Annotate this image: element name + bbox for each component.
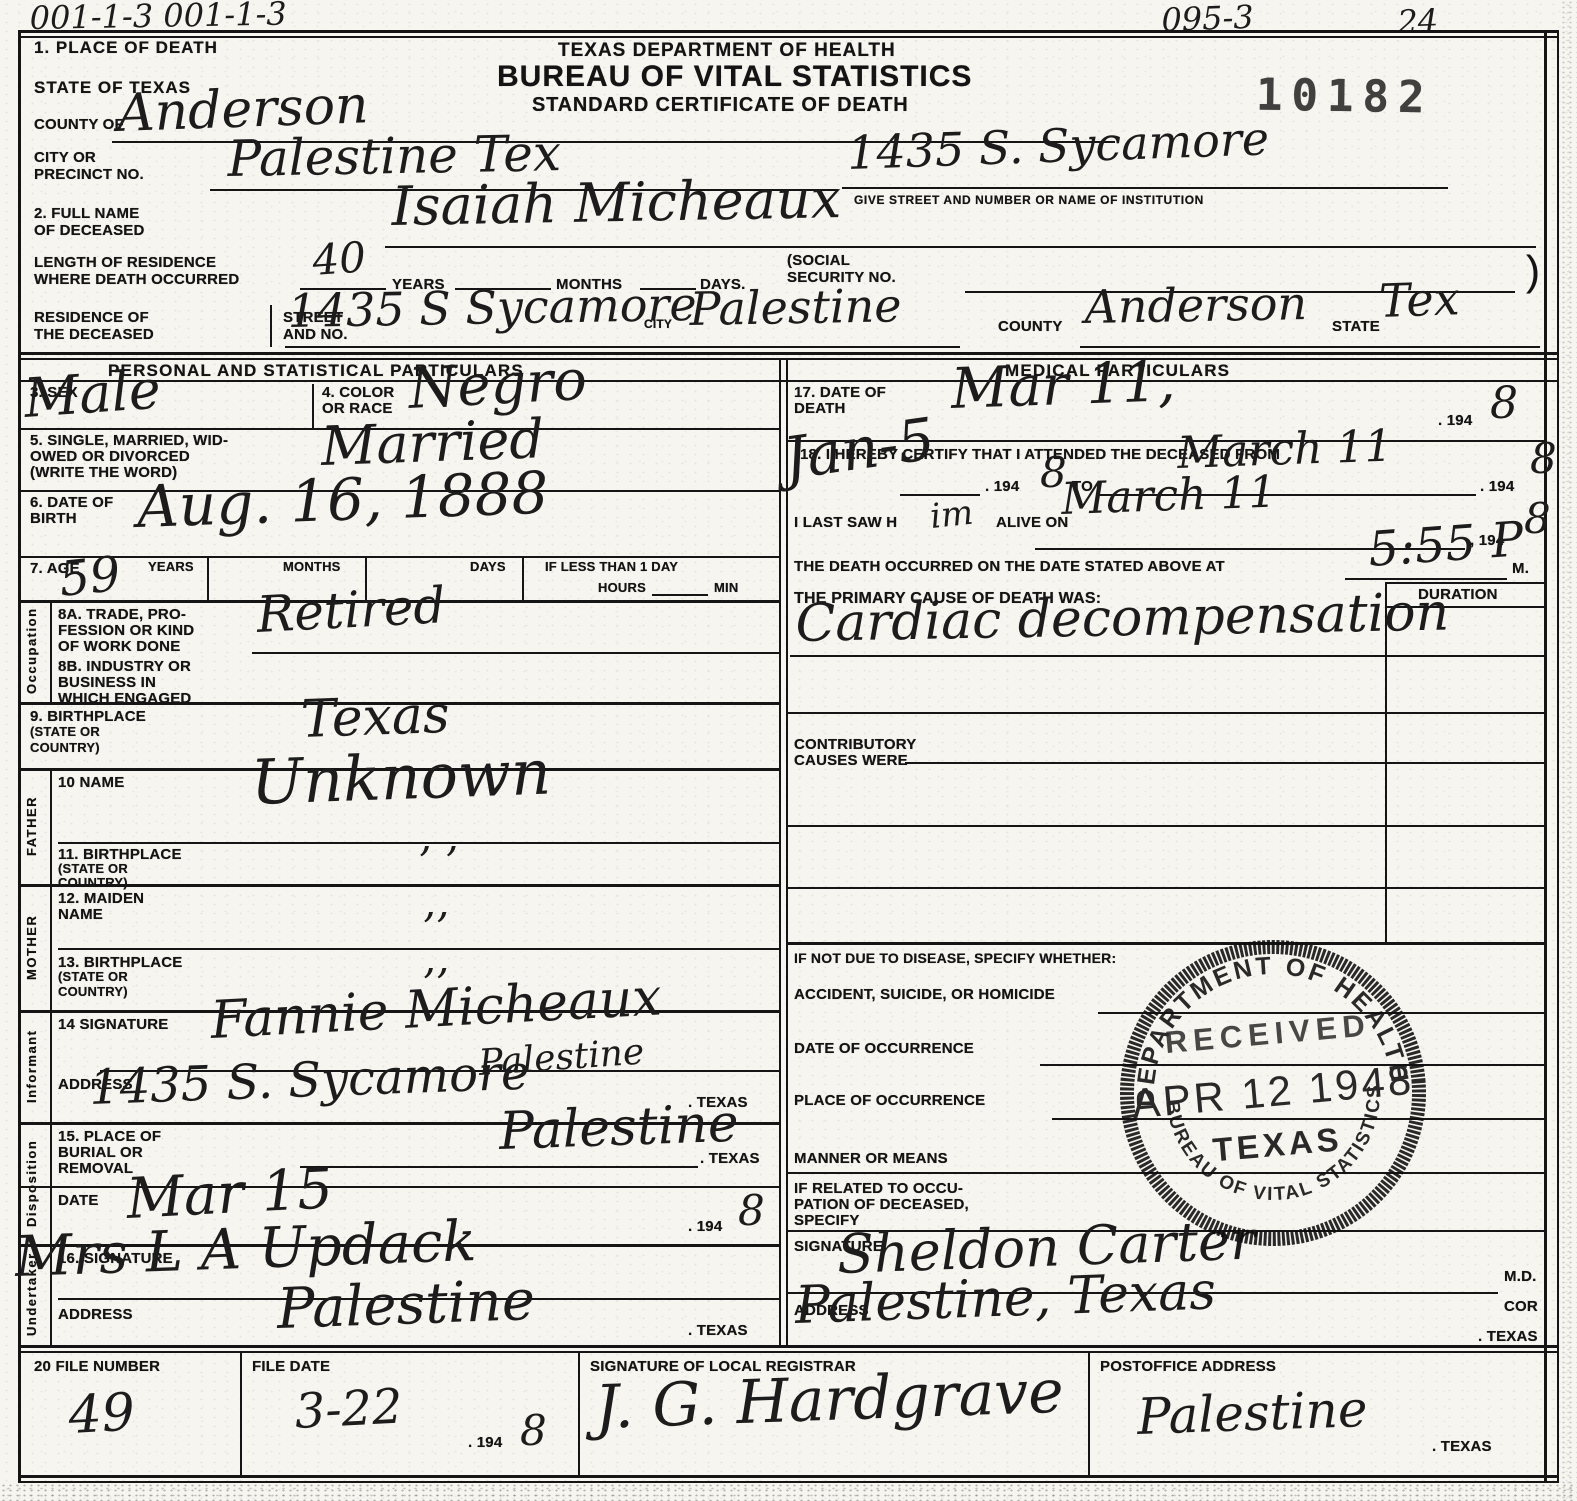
scan-noise-right-band — [1560, 0, 1577, 1501]
burial-year-label: . 194 — [688, 1218, 722, 1235]
md-label: M.D. — [1504, 1268, 1536, 1285]
trade-label-1: 8A. TRADE, PRO- — [58, 606, 186, 623]
residence-length-label-2: WHERE DEATH OCCURRED — [34, 271, 239, 288]
industry-label-1: 8B. INDUSTRY OR — [58, 658, 191, 675]
footer-div-3 — [1088, 1351, 1090, 1475]
sex-race-divider — [312, 384, 314, 428]
maiden-label-2: NAME — [58, 906, 103, 923]
trade-line — [252, 652, 779, 654]
top-left-file-mark: 001-1-3 001-1-3 — [29, 0, 287, 34]
row11-line — [18, 884, 779, 887]
death-time-value: 5:55 P — [1367, 515, 1525, 574]
address-16-label: ADDRESS — [58, 1306, 133, 1323]
city-or-label: CITY OR — [34, 149, 96, 166]
certify-year2-label: . 194 — [1480, 478, 1514, 495]
related-label-1: IF RELATED TO OCCU- — [794, 1180, 963, 1197]
precinct-no-label: PRECINCT NO. — [34, 166, 144, 183]
section-rule-3 — [18, 380, 1559, 382]
age-hours-label: HOURS — [598, 581, 646, 596]
county-small-label: COUNTY — [998, 318, 1063, 335]
duration-line-4 — [1385, 825, 1544, 827]
age-hours-line — [652, 594, 708, 596]
undertaker-address-value: Palestine — [276, 1273, 536, 1338]
header-department: TEXAS DEPARTMENT OF HEALTH — [558, 40, 896, 62]
postoffice-value: Palestine — [1136, 1384, 1368, 1442]
accident-label: ACCIDENT, SUICIDE, OR HOMICIDE — [794, 986, 1055, 1003]
age-div-3 — [522, 556, 524, 600]
marital-label-1: 5. SINGLE, MARRIED, WID- — [30, 432, 228, 449]
state-small-label: STATE — [1332, 318, 1380, 335]
occupation-side-label: Occupation — [24, 602, 39, 700]
border-right — [1544, 30, 1547, 1481]
dod-label-2: DEATH — [794, 400, 846, 417]
burial-year-value: 8 — [738, 1190, 765, 1232]
burial-place-value: Palestine — [498, 1098, 739, 1158]
physician-address-value: Palestine, Texas — [794, 1265, 1217, 1332]
section-rule-2 — [18, 358, 1559, 360]
burial-state-label: . TEXAS — [700, 1150, 760, 1167]
dob-value: Aug. 16, 1888 — [136, 464, 549, 536]
ssn-label-1: (SOCIAL — [787, 252, 850, 269]
contributory-label-1: CONTRIBUTORY — [794, 736, 916, 753]
lastsaw-label-1: I LAST SAW H — [794, 514, 897, 531]
informant-divider — [50, 1010, 52, 1122]
file-date-value: 3-22 — [293, 1382, 403, 1436]
mother-divider — [50, 884, 52, 1010]
stamp-state-text: TEXAS — [1211, 1120, 1344, 1168]
county-of-label: COUNTY OF — [34, 116, 124, 133]
dod-value: Mar 11, — [950, 354, 1176, 418]
date-occurrence-label: DATE OF OCCURRENCE — [794, 1040, 974, 1057]
signature-14-label: 14 SIGNATURE — [58, 1016, 168, 1033]
residence-street-line — [285, 346, 960, 348]
border-right-2 — [1557, 30, 1559, 1481]
dob-label-1: 6. DATE OF — [30, 494, 113, 511]
postoffice-label: POSTOFFICE ADDRESS — [1100, 1358, 1276, 1375]
border-bottom — [18, 1475, 1559, 1478]
death-certificate-scan: 001-1-3 001-1-3 095-3 24 1. PLACE OF DEA… — [0, 0, 1577, 1501]
cor-label: COR — [1504, 1298, 1538, 1315]
column-divider-1 — [779, 358, 781, 1348]
undertaker-address-state: . TEXAS — [688, 1322, 748, 1339]
birthplace-label-3: COUNTRY) — [30, 741, 100, 756]
birthplace-label-2: (STATE OR — [30, 725, 100, 740]
father-name-label: 10 NAME — [58, 774, 124, 791]
certificate-number-stamp: 10182 — [1256, 70, 1434, 124]
ifnot-label: IF NOT DUE TO DISEASE, SPECIFY WHETHER: — [794, 950, 1116, 966]
city-small-label: CITY — [644, 318, 672, 332]
residence-length-label-1: LENGTH OF RESIDENCE — [34, 254, 216, 271]
border-bottom-2 — [18, 1481, 1559, 1483]
maiden-label-1: 12. MAIDEN — [58, 890, 144, 907]
age-years-label: YEARS — [148, 560, 194, 575]
informant-address-city: Palestine — [477, 1035, 645, 1082]
age-days-label: DAYS — [470, 560, 506, 575]
industry-label-2: BUSINESS IN — [58, 674, 156, 691]
lastsaw-year-value: 8 — [1524, 498, 1551, 540]
manner-label: MANNER OR MEANS — [794, 1150, 948, 1167]
duration-line-3 — [1385, 762, 1544, 764]
mother-side-label: MOTHER — [24, 888, 39, 1006]
file-year-value: 8 — [520, 1410, 547, 1452]
full-name-line — [385, 246, 1536, 248]
contributory-line — [905, 762, 1385, 764]
cause-value: Cardiac decompensation — [795, 587, 1449, 650]
informant-side-label: Informant — [24, 1012, 39, 1120]
cause-line-3 — [786, 825, 1385, 827]
dod-label-1: 17. DATE OF — [794, 384, 886, 401]
age-value: 59 — [57, 550, 123, 604]
contributory-label-2: CAUSES WERE — [794, 752, 908, 769]
residence-of-label-1: RESIDENCE OF — [34, 309, 149, 326]
street-value: 1435 S. Sycamore — [846, 115, 1269, 176]
sex-value: Male — [22, 363, 162, 426]
time-line — [1345, 578, 1507, 580]
column-divider-2 — [786, 358, 788, 1348]
lastsaw-him-value: im — [928, 496, 974, 534]
received-stamp: DEPARTMENT OF HEALTH BUREAU OF VITAL STA… — [1101, 921, 1446, 1266]
duration-line-5 — [1385, 887, 1544, 889]
registrar-signature-value: J. G. Hardgrave — [594, 1362, 1065, 1438]
section-rule-1 — [18, 352, 1559, 355]
columns-bottom-line — [18, 1345, 1559, 1348]
footer-div-2 — [578, 1351, 580, 1475]
duration-line-1 — [1385, 655, 1544, 657]
burial-label-1: 15. PLACE OF — [58, 1128, 161, 1145]
burial-date-label: DATE — [58, 1192, 99, 1209]
street-hint-label: GIVE STREET AND NUMBER OR NAME OF INSTIT… — [854, 194, 1204, 208]
row6-line — [18, 556, 779, 558]
file-number-label: 20 FILE NUMBER — [34, 1358, 160, 1375]
cause-line-1 — [790, 655, 1385, 657]
dod-year-value: 8 — [1490, 382, 1518, 426]
marital-label-2: OWED OR DIVORCED — [30, 448, 190, 465]
age-months-label: MONTHS — [283, 560, 341, 575]
lastsaw-value: March 11 — [1060, 471, 1277, 522]
residence-county-line — [1080, 346, 1540, 348]
mother-bp-label-3: COUNTRY) — [58, 985, 128, 1000]
dob-label-2: BIRTH — [30, 510, 77, 527]
trade-label-3: OF WORK DONE — [58, 638, 180, 655]
trade-label-2: FESSION OR KIND — [58, 622, 194, 639]
lastsaw-label-2: ALIVE ON — [996, 514, 1068, 531]
file-year-label: . 194 — [468, 1434, 502, 1451]
scan-noise-bottom-band — [0, 1483, 1577, 1501]
residence-street-value: 1435 S Sycamore — [287, 281, 697, 334]
age-less-label: IF LESS THAN 1 DAY — [545, 560, 678, 575]
age-div-1 — [207, 556, 209, 600]
father-side-label: FATHER — [24, 772, 39, 880]
full-name-value: Isaiah Micheaux — [391, 172, 841, 234]
duration-line-2 — [1385, 712, 1544, 714]
father-bp-value: ’ ’ — [418, 842, 458, 884]
birthplace-label-1: 9. BIRTHPLACE — [30, 708, 146, 725]
residence-divider — [270, 305, 272, 347]
stamp-received-text: RECEIVED — [1163, 1007, 1372, 1060]
burial-label-2: BURIAL OR — [58, 1144, 143, 1161]
cause-line-4 — [786, 887, 1385, 889]
birthplace-value: Texas — [300, 689, 450, 746]
residence-state-value: Tex — [1378, 275, 1460, 324]
full-name-label-2: OF DECEASED — [34, 222, 145, 239]
file-number-value: 49 — [67, 1387, 136, 1442]
residence-years-value: 40 — [311, 236, 367, 282]
mother-bp-label-2: (STATE OR — [58, 970, 128, 985]
header-bureau: BUREAU OF VITAL STATISTICS — [497, 60, 972, 95]
border-top — [18, 30, 1559, 33]
footer-div-1 — [240, 1351, 242, 1475]
burial-line — [300, 1166, 698, 1168]
father-divider — [50, 768, 52, 884]
postoffice-state-label: . TEXAS — [1432, 1438, 1492, 1455]
certify-from-value: Jan-5 — [780, 409, 938, 488]
header-standard-certificate: STANDARD CERTIFICATE OF DEATH — [532, 94, 909, 117]
maiden-value: ’’ — [422, 908, 449, 950]
occurred-label: THE DEATH OCCURRED ON THE DATE STATED AB… — [794, 558, 1225, 575]
border-top-2 — [18, 36, 1559, 38]
certify-year1-label: . 194 — [985, 478, 1019, 495]
race-label-1: 4. COLOR — [322, 384, 394, 401]
residence-city-value: Palestine — [689, 282, 902, 332]
physician-address-state: . TEXAS — [1478, 1328, 1538, 1345]
ssn-paren-close: ) — [1526, 247, 1540, 295]
informant-address-value: 1435 S. Sycamore — [88, 1049, 530, 1112]
full-name-label-1: 2. FULL NAME — [34, 205, 139, 222]
meridiem-label: M. — [1512, 560, 1529, 577]
place-occurrence-label: PLACE OF OCCURRENCE — [794, 1092, 985, 1109]
age-min-label: MIN — [714, 581, 738, 596]
occupation-divider — [50, 600, 52, 702]
residence-county-value: Anderson — [1084, 280, 1307, 330]
residence-of-label-2: THE DECEASED — [34, 326, 154, 343]
street-line — [842, 187, 1448, 189]
related-label-2: PATION OF DECEASED, — [794, 1196, 969, 1213]
burial-label-3: REMOVAL — [58, 1160, 133, 1177]
cause-line-2 — [786, 712, 1385, 714]
father-name-value: Unknown — [250, 742, 552, 814]
field-1-place-of-death-label: 1. PLACE OF DEATH — [34, 38, 218, 58]
dod-year-label: . 194 — [1438, 412, 1472, 429]
trade-value: Retired — [255, 580, 446, 640]
row12-line — [58, 948, 779, 950]
columns-bottom-line-2 — [18, 1351, 1559, 1353]
file-date-label: FILE DATE — [252, 1358, 330, 1375]
certify-year2-value: 8 — [1530, 438, 1557, 480]
